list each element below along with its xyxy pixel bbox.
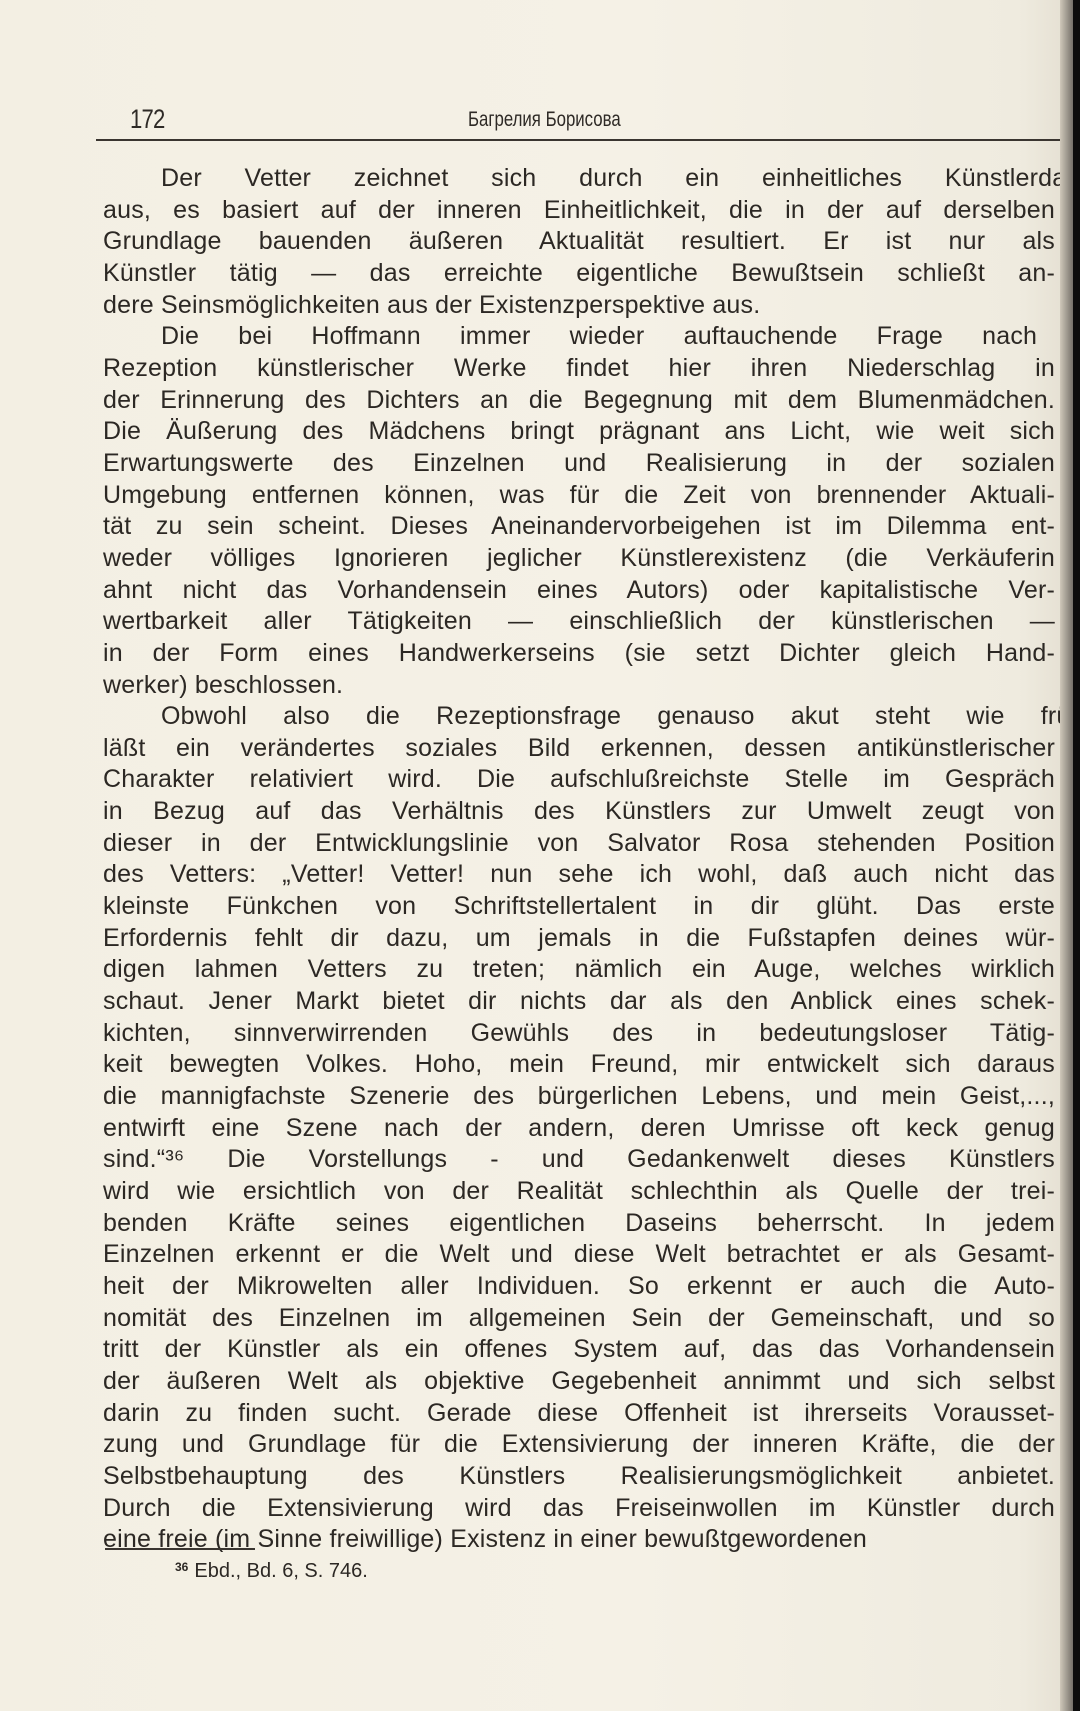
footnote-marker: 36 (175, 1560, 188, 1574)
text-line: aus, es basiert auf der inneren Einheitl… (103, 195, 1055, 227)
footnote-text: Ebd., Bd. 6, S. 746. (194, 1560, 367, 1582)
text-line: heit der Mikrowelten aller Individuen. S… (103, 1271, 1055, 1303)
text-line: kichten, sinnverwirrenden Gewühls des in… (103, 1018, 1055, 1050)
text-line: tritt der Künstler als ein offenes Syste… (103, 1334, 1055, 1366)
text-line: Die Äußerung des Mädchens bringt prägnan… (103, 416, 1055, 448)
text-line: eine freie (im Sinne freiwillige) Existe… (103, 1524, 1055, 1556)
text-line: wertbarkeit aller Tätigkeiten — einschli… (103, 606, 1055, 638)
page-edge-shadow (1060, 0, 1074, 1711)
text-line: darin zu finden sucht. Gerade diese Offe… (103, 1398, 1055, 1430)
text-line: dere Seinsmöglichkeiten aus der Existenz… (103, 290, 1055, 322)
text-line: in der Form eines Handwerkerseins (sie s… (103, 638, 1055, 670)
text-line: Umgebung entfernen können, was für die Z… (103, 480, 1055, 512)
text-line: zung und Grundlage für die Extensivierun… (103, 1429, 1055, 1461)
text-line: Erwartungswerte des Einzelnen und Realis… (103, 448, 1055, 480)
text-line: entwirft eine Szene nach der andern, der… (103, 1113, 1055, 1145)
text-line: Künstler tätig — das erreichte eigentlic… (103, 258, 1055, 290)
text-line: nomität des Einzelnen im allgemeinen Sei… (103, 1303, 1055, 1335)
text-line: keit bewegten Volkes. Hoho, mein Freund,… (103, 1049, 1055, 1081)
footnote-rule (105, 1548, 255, 1550)
text-line: Rezeption künstlerischer Werke findet hi… (103, 353, 1055, 385)
text-line: läßt ein verändertes soziales Bild erken… (103, 733, 1055, 765)
text-line: des Vetters: „Vetter! Vetter! nun sehe i… (103, 859, 1055, 891)
text-line: Grundlage bauenden äußeren Aktualität re… (103, 226, 1055, 258)
text-line: der äußeren Welt als objektive Gegebenhe… (103, 1366, 1055, 1398)
book-page: 172 Багрелия Борисова Der Vetter zeichne… (0, 0, 1062, 1711)
header-rule (96, 139, 1061, 141)
text-line: kleinste Fünkchen von Schriftstellertale… (103, 891, 1055, 923)
text-line: die mannigfachste Szenerie des bürgerlic… (103, 1081, 1055, 1113)
body-text: Der Vetter zeichnet sich durch ein einhe… (103, 163, 1055, 1556)
text-line: benden Kräfte seines eigentlichen Dasein… (103, 1208, 1055, 1240)
text-line: dieser in der Entwicklungslinie von Salv… (103, 828, 1055, 860)
text-line: Obwohl also die Rezeptionsfrage genauso … (103, 701, 1080, 733)
text-line: in Bezug auf das Verhältnis des Künstler… (103, 796, 1055, 828)
text-line: Durch die Extensivierung wird das Freise… (103, 1493, 1055, 1525)
text-line: werker) beschlossen. (103, 670, 1055, 702)
text-line: tät zu sein scheint. Dieses Aneinandervo… (103, 511, 1055, 543)
text-line: sind.“³⁶ Die Vorstellungs - und Gedanken… (103, 1144, 1055, 1176)
text-line: schaut. Jener Markt bietet dir nichts da… (103, 986, 1055, 1018)
running-title: Багрелия Борисова (468, 108, 621, 132)
text-line: Der Vetter zeichnet sich durch ein einhe… (103, 163, 1080, 195)
text-line: Selbstbehauptung des Künstlers Realisier… (103, 1461, 1055, 1493)
text-line: Einzelnen erkennt er die Welt und diese … (103, 1239, 1055, 1271)
text-line: Die bei Hoffmann immer wieder auftauchen… (103, 321, 1080, 353)
text-line: weder völliges Ignorieren jeglicher Küns… (103, 543, 1055, 575)
text-line: digen lahmen Vetters zu treten; nämlich … (103, 954, 1055, 986)
running-head: 172 Багрелия Борисова (0, 100, 1062, 140)
scan-border (1073, 0, 1080, 1711)
text-line: der Erinnerung des Dichters an die Begeg… (103, 385, 1055, 417)
page-number: 172 (130, 104, 164, 135)
text-line: ahnt nicht das Vorhandensein eines Autor… (103, 575, 1055, 607)
text-line: Charakter relativiert wird. Die aufschlu… (103, 764, 1055, 796)
text-line: Erfordernis fehlt dir dazu, um jemals in… (103, 923, 1055, 955)
text-line: wird wie ersichtlich von der Realität sc… (103, 1176, 1055, 1208)
footnote: 36Ebd., Bd. 6, S. 746. (175, 1560, 368, 1583)
